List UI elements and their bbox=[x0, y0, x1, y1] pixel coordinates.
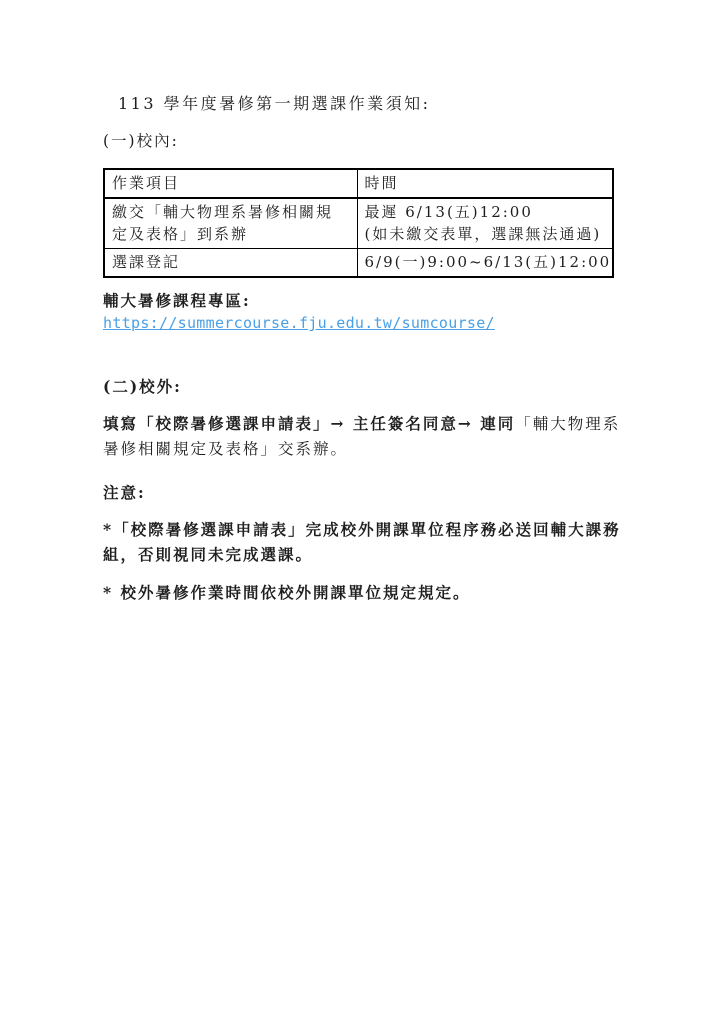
portal-label: 輔大暑修課程專區: bbox=[103, 290, 623, 311]
table-header-row: 作業項目 時間 bbox=[104, 169, 613, 198]
procedure-bold-segment: 填寫「校際暑修選課申請表」→ 主任簽名同意→ 連同 bbox=[103, 414, 515, 433]
section-external-heading: (二)校外: bbox=[103, 376, 623, 398]
document-page: 113 學年度暑修第一期選課作業須知: (一)校內: 作業項目 時間 繳交「輔大… bbox=[0, 0, 728, 1030]
note-external-schedule: * 校外暑修作業時間依校外開課單位規定規定。 bbox=[103, 580, 623, 605]
table-row: 繳交「輔大物理系暑修相關規定及表格」到系辦 最遲 6/13(五)12:00 (如… bbox=[104, 198, 613, 249]
table-cell-time: 最遲 6/13(五)12:00 (如未繳交表單，選課無法通過) bbox=[357, 198, 613, 249]
page-title: 113 學年度暑修第一期選課作業須知: bbox=[118, 93, 623, 115]
table-row: 選課登記 6/9(一)9:00~6/13(五)12:00 bbox=[104, 249, 613, 278]
note-return-form: *「校際暑修選課申請表」完成校外開課單位程序務必送回輔大課務組，否則視同未完成選… bbox=[103, 517, 623, 567]
table-cell-item: 選課登記 bbox=[104, 249, 357, 278]
document-content: 113 學年度暑修第一期選課作業須知: (一)校內: 作業項目 時間 繳交「輔大… bbox=[103, 93, 623, 605]
table-cell-item: 繳交「輔大物理系暑修相關規定及表格」到系辦 bbox=[104, 198, 357, 249]
schedule-table: 作業項目 時間 繳交「輔大物理系暑修相關規定及表格」到系辦 最遲 6/13(五)… bbox=[103, 168, 614, 278]
table-cell-time: 6/9(一)9:00~6/13(五)12:00 bbox=[357, 249, 613, 278]
procedure-text: 填寫「校際暑修選課申請表」→ 主任簽名同意→ 連同「輔大物理系暑修相關規定及表格… bbox=[103, 411, 621, 462]
notice-heading: 注意: bbox=[103, 482, 623, 504]
portal-link[interactable]: https://summercourse.fju.edu.tw/sumcours… bbox=[103, 313, 495, 333]
time-warning: (如未繳交表單，選課無法通過) bbox=[365, 223, 606, 245]
time-deadline: 最遲 6/13(五)12:00 bbox=[365, 201, 606, 223]
table-header-item: 作業項目 bbox=[104, 169, 357, 198]
table-header-time: 時間 bbox=[357, 169, 613, 198]
section-internal-heading: (一)校內: bbox=[103, 130, 623, 152]
